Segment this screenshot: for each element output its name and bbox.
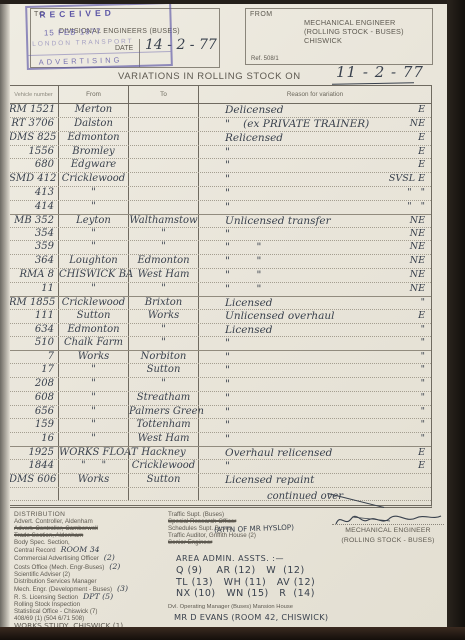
cell-no: 359 [9,241,58,254]
area-admin-lines: Q (9) AR (12) W (12)TL (13) WH (11) AV (… [176,565,315,600]
cell-from [58,488,128,501]
list-item: Advert. Controller, Aldenham [14,518,166,525]
cell-code [387,488,431,501]
table-row: 7WorksNorbiton"" [9,350,431,364]
cell-no: RM 1521 [9,104,58,117]
cell-from: Leyton [58,215,128,227]
cell-reason: " [198,419,387,432]
signatory-role: MECHANICAL ENGINEER [332,527,444,535]
cell-from: Chalk Farm [58,337,128,350]
table-row: 510Chalk Farm""" [9,337,431,351]
operating-manager-line: Dvl. Operating Manager (Buses) Mansion H… [168,604,293,610]
cell-to: Streatham [128,392,198,405]
cell-from: Edgware [58,159,128,172]
from-label: FROM [250,11,273,18]
area-admin-block: AREA ADMIN. ASSTS. :— Q (9) AR (12) W (1… [176,554,315,600]
cell-from: " [58,364,128,377]
cell-to: Palmers Green [128,406,198,419]
list-item: Statistical Office - Chiswick (7) [14,608,166,615]
scan-edge-bottom [0,627,465,640]
cell-no: 680 [9,159,58,172]
cell-reason: Relicensed [198,132,387,145]
cell-from: Dalston [58,118,128,131]
table-header: Vehicle number From To Reason for variat… [9,86,431,104]
table-row: 17"Sutton"" [9,364,431,378]
from-address: MECHANICAL ENGINEER (ROLLING STOCK - BUS… [304,18,404,45]
cell-no: RT 3706 [9,118,58,131]
cell-reason: Licensed [198,297,387,309]
cell-from: Merton [58,104,128,117]
cell-from: CHISWICK BA [58,269,128,282]
cell-no: 208 [9,378,58,391]
stamp-org: LONDON TRANSPORT [32,38,134,48]
footer: DISTRIBUTION Advert. Controller, Aldenha… [6,508,448,628]
list-item: Traffic Supt. (Buses) [168,511,336,518]
cell-reason: " [198,433,387,446]
table-row: 1925WORKS FLOATHackneyOverhaul relicense… [9,446,431,460]
column-header-from: From [58,86,128,103]
cell-to [128,104,198,117]
cell-no: 656 [9,406,58,419]
list-item: Commercial Advertising Officer (2) [14,554,166,562]
cell-reason: " [198,159,387,172]
handwritten-note: DPT (5) [78,592,113,601]
cell-no: 634 [9,324,58,337]
list-item: Advert. Controller, Camberwell [14,525,166,532]
cell-no: 413 [9,187,58,200]
table-row: 159"Tottenham"" [9,419,431,433]
table-row: RM 1521MertonDelicensedE [9,104,431,118]
cell-to: " [128,337,198,350]
cell-no: 17 [9,364,58,377]
table-row: 634Edmonton"Licensed" [9,324,431,338]
mr-evans-note-handwritten: MR D EVANS (ROOM 42, CHISWICK) [174,612,328,622]
list-item: Distribution Services Manager [14,578,166,585]
cell-code: E [387,447,431,459]
cell-to: " [128,228,198,241]
cell-reason: " [198,378,387,391]
cell-no: SMD 412 [9,173,58,186]
cell-no: 16 [9,433,58,446]
cell-code: NE [387,118,431,131]
table-row: 656"Palmers Green"" [9,406,431,420]
cell-reason: " [198,187,387,200]
cell-reason: " (ex PRIVATE TRAINER) [198,118,387,131]
cell-code: NE [387,283,431,296]
table-row: 354"""NE [9,228,431,242]
list-item: Traffic Auditor, Griffith House (2) [168,532,336,539]
cell-from: Works [58,474,128,487]
scan-edge-right [447,0,465,640]
cell-reason: " " [198,241,387,254]
table-row: RM 1855CricklewoodBrixtonLicensed" [9,296,431,310]
cell-to [128,201,198,214]
cell-no: 11 [9,283,58,296]
cell-reason: " [198,173,387,186]
cell-reason: " [198,228,387,241]
list-item: Central Record ROOM 34 [14,546,166,554]
cell-from: " [58,201,128,214]
cell-code: " [387,297,431,309]
scan-edge-left [0,0,10,640]
cell-code: SVSL E [387,173,431,186]
table-row: 16"West Ham"" [9,433,431,447]
list-item: Scientific Adviser (2) [14,571,166,578]
table-row: 208"""" [9,378,431,392]
scan-edge-top [0,0,465,4]
cell-reason: " [198,406,387,419]
received-stamp: RECEIVED 15 FEB 1977 LONDON TRANSPORT AD… [25,2,173,70]
cell-no: 7 [9,351,58,363]
distribution-list: Advert. Controller, AldenhamAdvert. Cont… [14,518,166,629]
cell-to [128,173,198,186]
table-row: SMD 412Cricklewood"SVSL E [9,173,431,187]
cell-to [128,118,198,131]
area-admin-line: TL (13) WH (11) AV (12) [176,577,315,589]
cell-from: Cricklewood [58,297,128,309]
variations-table: Vehicle number From To Reason for variat… [8,85,432,508]
table-row: 11""" "NE [9,283,431,297]
title-date-handwritten: 11 - 2 - 77 [336,63,424,81]
column-header-reason: Reason for variation [198,86,431,103]
cell-reason: " [198,201,387,214]
cell-to [128,159,198,172]
cell-from: " [58,187,128,200]
cell-to: " [128,283,198,296]
cell-from: " [58,228,128,241]
cell-from: " " [58,460,128,473]
cell-reason: " [198,146,387,159]
area-admin-line: Q (9) AR (12) W (12) [176,565,315,577]
continued-over-note: continued over [267,491,343,502]
table-row: 1844" "Cricklewood"E [9,460,431,474]
stamp-date: 15 FEB 1977 [44,27,102,38]
cell-from: Sutton [58,310,128,323]
handwritten-note: ROOM 34 [56,545,100,554]
cell-no: DMS 606 [9,474,58,487]
cell-code: NE [387,215,431,227]
cell-code: NE [387,228,431,241]
cell-to: " [128,324,198,337]
table-row: 413""" " [9,187,431,201]
cell-code: " [387,351,431,363]
cell-no: 354 [9,228,58,241]
from-line: MECHANICAL ENGINEER [304,18,404,27]
cell-to [128,132,198,145]
cell-code: " [387,406,431,419]
handwritten-note: (2) [104,562,120,571]
cell-to: Walthamstow [128,215,198,227]
cell-code: " [387,378,431,391]
from-line: (ROLLING STOCK - BUSES) [304,27,404,36]
cell-reason: Unlicensed overhaul [198,310,387,323]
cell-reason: " [198,392,387,405]
cell-reason: " [198,364,387,377]
area-admin-line: NX (10) WN (15) R (14) [176,588,315,600]
table-rows: RM 1521MertonDelicensedERT 3706Dalston" … [9,104,431,501]
cell-code: E [387,146,431,159]
cell-from: " [58,406,128,419]
table-row: RT 3706Dalston" (ex PRIVATE TRAINER)NE [9,118,431,132]
cell-code: NE [387,255,431,268]
cell-no [9,488,58,501]
cell-from: Edmonton [58,132,128,145]
cell-to [128,488,198,501]
cell-to [128,187,198,200]
cell-no: 111 [9,310,58,323]
ref-number: Ref. 508/1 [251,56,279,62]
table-row: DMS 825EdmontonRelicensedE [9,132,431,146]
table-row [9,488,431,502]
cell-from: Bromley [58,146,128,159]
handwritten-note: (3) [112,584,128,593]
cell-code: " [387,433,431,446]
table-row: 359""" "NE [9,241,431,255]
list-item: Trade Section, Aldenham [14,532,166,539]
table-row: 1556Bromley"E [9,146,431,160]
stamp-received-text: RECEIVED [39,8,115,20]
cell-reason: Licensed repaint [198,474,387,487]
cell-to [128,146,198,159]
distribution-title: DISTRIBUTION [14,511,166,518]
cell-code: " [387,337,431,350]
cell-code: " " [387,187,431,200]
cell-no: 510 [9,337,58,350]
from-box: FROM MECHANICAL ENGINEER (ROLLING STOCK … [245,8,433,65]
from-line: CHISWICK [304,36,404,45]
table-row: 608"Streatham"" [9,392,431,406]
form-title: VARIATIONS IN ROLLING STOCK ON [118,71,301,82]
cell-to: Norbiton [128,351,198,363]
table-row: 364LoughtonEdmonton" "NE [9,255,431,269]
cell-no: 1556 [9,146,58,159]
cell-to: West Ham [128,269,198,282]
cell-code: NE [387,269,431,282]
table-row: 414""" " [9,201,431,215]
cell-from: WORKS FLOAT [58,447,128,459]
table-row: 111SuttonWorksUnlicensed overhaulE [9,310,431,324]
table-row: DMS 606WorksSuttonLicensed repaint [9,474,431,488]
cell-reason: Delicensed [198,104,387,117]
signature-block: MECHANICAL ENGINEER (ROLLING STOCK - BUS… [332,508,444,545]
cell-from: " [58,433,128,446]
cell-code: " [387,419,431,432]
cell-no: MB 352 [9,215,58,227]
cell-code: " [387,364,431,377]
cell-reason: " [198,351,387,363]
cell-reason: Overhaul relicensed [198,447,387,459]
cell-no: RM 1855 [9,297,58,309]
signature-dotted-line [332,524,444,525]
cell-code: E [387,104,431,117]
cell-from: Loughton [58,255,128,268]
cell-code: " [387,324,431,337]
cell-to: Works [128,310,198,323]
area-admin-title: AREA ADMIN. ASSTS. :— [176,554,315,563]
table-row: RMA 8CHISWICK BAWest Ham" "NE [9,269,431,283]
cell-no: 414 [9,201,58,214]
column-header-to: To [128,86,198,103]
cell-code: E [387,132,431,145]
cell-reason: Licensed [198,324,387,337]
cell-reason: " " [198,283,387,296]
cell-to: Tottenham [128,419,198,432]
list-item: Rolling Stock Inspection [14,601,166,608]
list-item: R. S. Licensing Section DPT (5) [14,593,166,601]
cell-to: " [128,241,198,254]
cell-reason: " " [198,255,387,268]
stamp-dept: ADVERTISING [29,51,171,68]
list-item: Senior Engineer [168,539,336,546]
table-row: 680Edgware"E [9,159,431,173]
cell-no: 608 [9,392,58,405]
cell-from: " [58,241,128,254]
cell-from: " [58,419,128,432]
cell-code: E [387,460,431,473]
cell-code: " [387,392,431,405]
cell-to: Sutton [128,364,198,377]
cell-to: Brixton [128,297,198,309]
cell-reason: Unlicensed transfer [198,215,387,227]
cell-from: Edmonton [58,324,128,337]
cell-no: 364 [9,255,58,268]
list-item: Costs Office (Mech. Engr-Buses) (2) [14,563,166,571]
cell-code: E [387,310,431,323]
cell-code: NE [387,241,431,254]
cell-no: 1925 [9,447,58,459]
cell-from: " [58,392,128,405]
distribution-block: DISTRIBUTION Advert. Controller, Aldenha… [14,511,166,629]
cell-reason: " " [198,269,387,282]
column-header-vehicle: Vehicle number [9,86,58,103]
cell-code: " " [387,201,431,214]
cell-from: Works [58,351,128,363]
signatory-role: (ROLLING STOCK - BUSES) [332,537,444,545]
cell-from: " [58,378,128,391]
cell-no: DMS 825 [9,132,58,145]
scanned-form: TO DIVISIONAL ENGINEERS (BUSES) DATE 14 … [6,3,448,628]
cell-code: E [387,159,431,172]
cell-to: Sutton [128,474,198,487]
cell-no: RMA 8 [9,269,58,282]
cell-to: Cricklewood [128,460,198,473]
cell-to: West Ham [128,433,198,446]
table-row: MB 352LeytonWalthamstowUnlicensed transf… [9,214,431,228]
cell-reason: " [198,460,387,473]
cell-reason: " [198,337,387,350]
cell-to: Hackney [128,447,198,459]
cell-no: 1844 [9,460,58,473]
cell-no: 159 [9,419,58,432]
cell-to: Edmonton [128,255,198,268]
cell-from: Cricklewood [58,173,128,186]
cell-code [387,474,431,487]
cell-from: " [58,283,128,296]
cell-to: " [128,378,198,391]
